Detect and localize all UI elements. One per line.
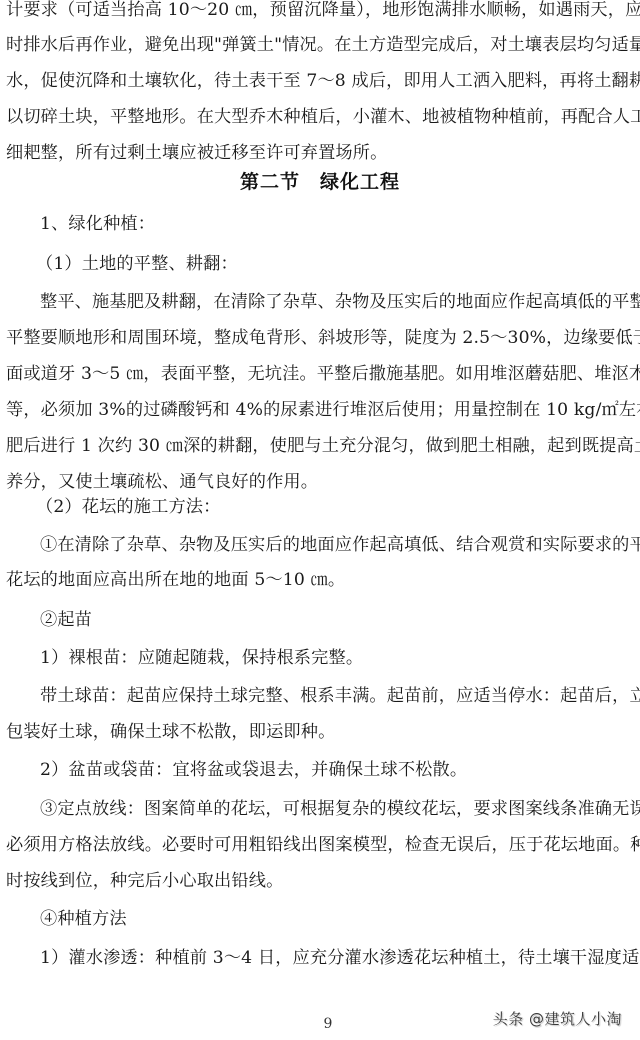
paragraph-line: 计要求（可适当抬高 10～20 ㎝，预留沉降量），地形饱满排水顺畅，如遇雨天，应… <box>6 0 636 22</box>
paragraph-line: 等，必须加 3%的过磷酸钙和 4%的尿素进行堆沤后使用；用量控制在 10 kg/… <box>6 398 636 422</box>
item-potted-seedling: 2）盆苗或袋苗：宜将盆或袋退去，并确保土球不松散。 <box>40 758 636 782</box>
item-bare-root: 1）裸根苗：应随起随栽，保持根系完整。 <box>40 646 636 670</box>
paragraph-line: 平整要顺地形和周围环境，整成龟背形、斜坡形等，陡度为 2.5～30%，边缘要低于… <box>6 326 636 350</box>
subheading-flowerbed-method: （2）花坛的施工方法： <box>36 495 640 519</box>
paragraph-line: 整平、施基肥及耕翻，在清除了杂草、杂物及压实后的地面应作起高填低的平整。 <box>40 290 636 314</box>
paragraph-line: 细耙整，所有过剩土壤应被迁移至许可弃置场所。 <box>6 141 636 165</box>
item-irrigation: 1）灌水渗透：种植前 3～4 日，应充分灌水渗透花坛种植土，待土壤干湿度适宜再 <box>40 946 636 970</box>
paragraph-line: ③定点放线：图案简单的花坛，可根据复杂的模纹花坛，要求图案线条准确无误， <box>40 797 636 821</box>
paragraph-line: 包装好土球，确保土球不松散，即运即种。 <box>6 720 636 744</box>
paragraph-line: ①在清除了杂草、杂物及压实后的地面应作起高填低、结合观赏和实际要求的平整， <box>40 533 636 557</box>
paragraph-line: 肥后进行 1 次约 30 ㎝深的耕翻，使肥与土充分混匀，做到肥土相融，起到既提高… <box>6 434 636 458</box>
section-title: 第二节 绿化工程 <box>0 168 640 196</box>
paragraph-line: 时排水后再作业，避免出现"弹簧土"情况。在土方造型完成后，对土壤表层均匀适量灌 <box>6 33 636 57</box>
paragraph-line: 水，促使沉降和土壤软化，待土表干至 7～8 成后，即用人工洒入肥料，再将土翻耕， <box>6 69 636 93</box>
heading-greening-planting: 1、绿化种植： <box>40 212 636 236</box>
paragraph-line: 带土球苗：起苗应保持土球完整、根系丰满。起苗前，应适当停水：起苗后，立即 <box>40 684 636 708</box>
item-seedling-lifting: ②起苗 <box>40 608 636 632</box>
subheading-land-leveling: （1）土地的平整、耕翻： <box>36 252 640 276</box>
item-planting-method: ④种植方法 <box>40 907 636 931</box>
paragraph-line: 必须用方格法放线。必要时可用粗铅线出图案模型，检查无误后，压于花坛地面。种植 <box>6 833 636 857</box>
paragraph-line: 花坛的地面应高出所在地的地面 5～10 ㎝。 <box>6 568 636 592</box>
document-page: 计要求（可适当抬高 10～20 ㎝，预留沉降量），地形饱满排水顺畅，如遇雨天，应… <box>0 0 640 1040</box>
watermark: 头条 @建筑人小淘 <box>493 1008 622 1030</box>
paragraph-line: 以切碎土块，平整地形。在大型乔木种植后，小灌木、地被植物种植前，再配合人工精 <box>6 105 636 129</box>
paragraph-line: 养分，又使土壤疏松、通气良好的作用。 <box>6 470 636 494</box>
paragraph-line: 时按线到位，种完后小心取出铅线。 <box>6 869 636 893</box>
paragraph-line: 面或道牙 3～5 ㎝，表面平整，无坑洼。平整后撒施基肥。如用堆沤蘑菇肥、堆沤木屑 <box>6 362 636 386</box>
